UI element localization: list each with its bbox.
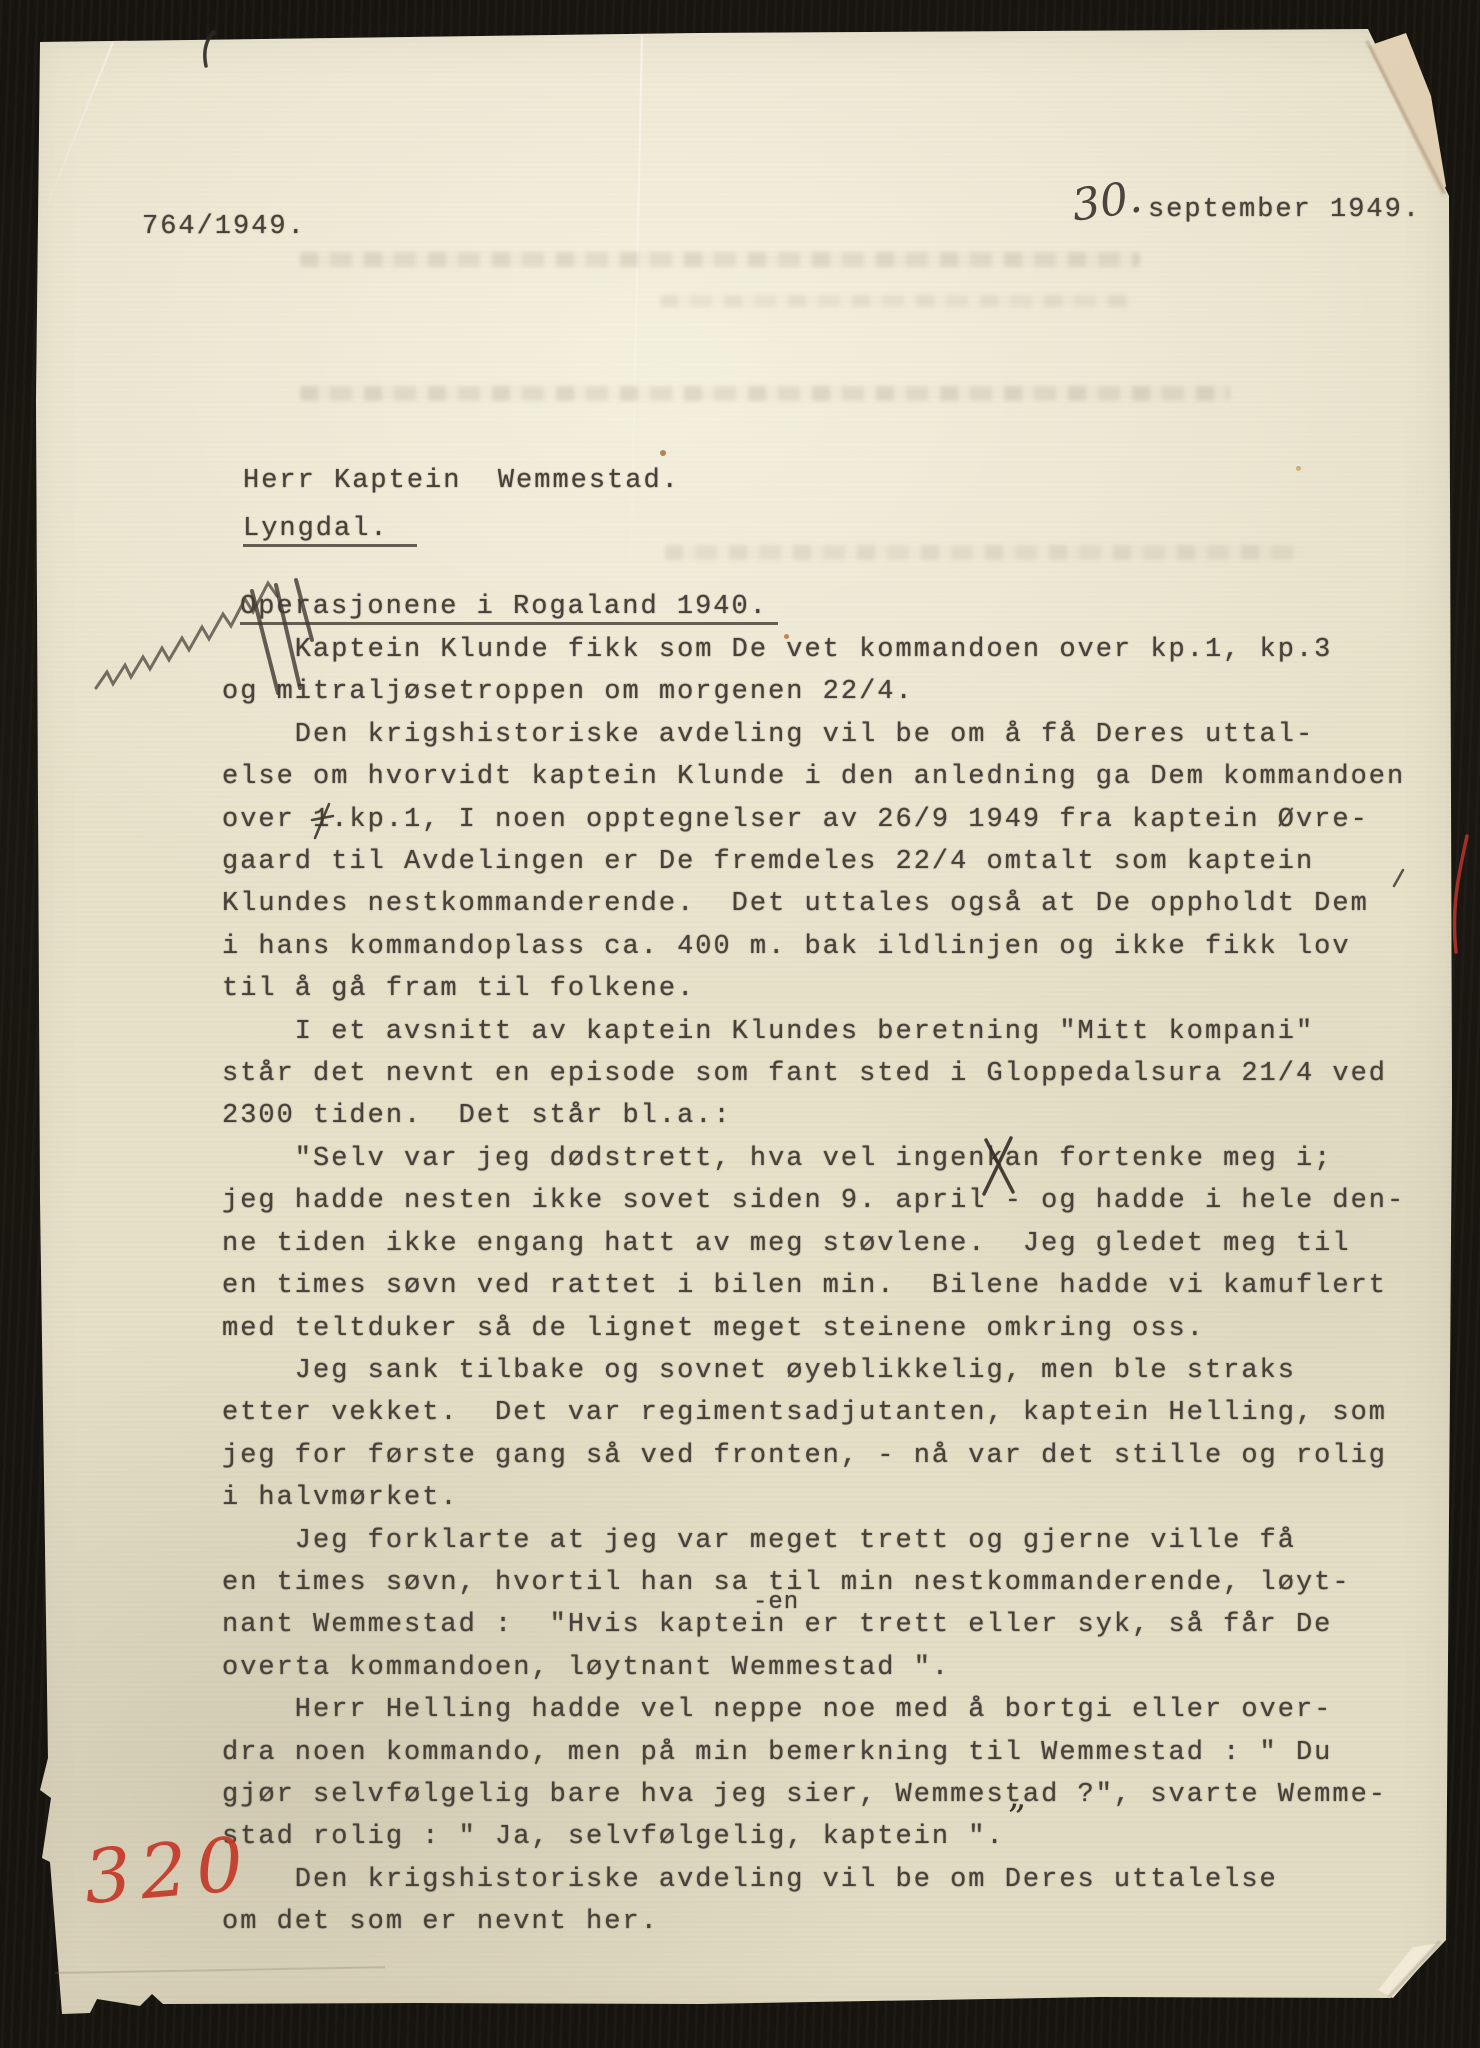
typed-line: Klundes nestkommanderende. Det uttales o…	[222, 883, 1472, 925]
typed-line: overta kommandoen, løytnant Wemmestad ".	[222, 1647, 1472, 1689]
recipient-block: Herr Kaptein Wemmestad. Lyngdal.	[243, 457, 680, 553]
typed-insertion-above-line: -en	[753, 1589, 799, 1616]
typed-line: nant Wemmestad : "Hvis kaptein er trett …	[222, 1604, 1472, 1646]
typed-line: en times søvn, hvortil han sa til min ne…	[222, 1562, 1472, 1604]
typed-line: over 1.kp.1, I noen opptegnelser av 26/9…	[222, 799, 1472, 841]
handwritten-day: 30.	[1069, 171, 1145, 231]
typed-body: Kaptein Klunde fikk som De vet kommandoe…	[222, 629, 1472, 1944]
subject-heading: Operasjonene i Rogaland 1940.	[240, 592, 778, 622]
typed-line: og mitraljøsetroppen om morgenen 22/4.	[222, 671, 1472, 713]
typed-date: september 1949.	[1148, 195, 1421, 225]
typed-line: en times søvn ved rattet i bilen min. Bi…	[222, 1265, 1472, 1307]
typed-line: Den krigshistoriske avdeling vil be om å…	[222, 714, 1472, 756]
typed-line: gaard til Avdelingen er De fremdeles 22/…	[222, 841, 1472, 883]
typed-line: ne tiden ikke engang hatt av meg støvlen…	[222, 1223, 1472, 1265]
date-line: 30. september 1949.	[1072, 176, 1421, 227]
typed-line: stad rolig : " Ja, selvfølgelig, kaptein…	[222, 1816, 1472, 1858]
typed-line: 2300 tiden. Det står bl.a.:	[222, 1095, 1472, 1137]
typed-line: Herr Helling hadde vel neppe noe med å b…	[222, 1689, 1472, 1731]
typed-line: "Selv var jeg dødstrett, hva vel ingenka…	[222, 1138, 1472, 1180]
typed-line: Jeg forklarte at jeg var meget trett og …	[222, 1520, 1472, 1562]
typed-line: Den krigshistoriske avdeling vil be om D…	[222, 1859, 1472, 1901]
typed-line: Jeg sank tilbake og sovnet øyeblikkelig,…	[222, 1350, 1472, 1392]
typed-line: Kaptein Klunde fikk som De vet kommandoe…	[222, 629, 1472, 671]
scanned-letter-page: 764/1949. 30. september 1949. Herr Kapte…	[0, 0, 1480, 2048]
typed-line: gjør selvfølgelig bare hva jeg sier, Wem…	[222, 1774, 1472, 1816]
typed-line: i halvmørket.	[222, 1477, 1472, 1519]
typed-line: jeg for første gang så ved fronten, - nå…	[222, 1435, 1472, 1477]
typed-line: i hans kommandoplass ca. 400 m. bak ildl…	[222, 926, 1472, 968]
typed-line: else om hvorvidt kaptein Klunde i den an…	[222, 756, 1472, 798]
reference-number: 764/1949.	[142, 212, 306, 242]
top-edge-ink-dot	[210, 30, 216, 36]
typed-line: jeg hadde nesten ikke sovet siden 9. apr…	[222, 1180, 1472, 1222]
recipient-place: Lyngdal.	[243, 505, 680, 553]
typed-line: etter vekket. Det var regimentsadjutante…	[222, 1392, 1472, 1434]
typed-line: til å gå fram til folkene.	[222, 968, 1472, 1010]
typed-line: om det som er nevnt her.	[222, 1901, 1472, 1943]
recipient-name: Herr Kaptein Wemmestad.	[243, 457, 680, 505]
typed-line: dra noen kommando, men på min bemerkning…	[222, 1732, 1472, 1774]
typed-line: I et avsnitt av kaptein Klundes beretnin…	[222, 1011, 1472, 1053]
typed-line: står det nevnt en episode som fant sted …	[222, 1053, 1472, 1095]
typed-line: med teltduker så de lignet meget steinen…	[222, 1308, 1472, 1350]
red-archive-number: 320	[81, 1821, 256, 1921]
